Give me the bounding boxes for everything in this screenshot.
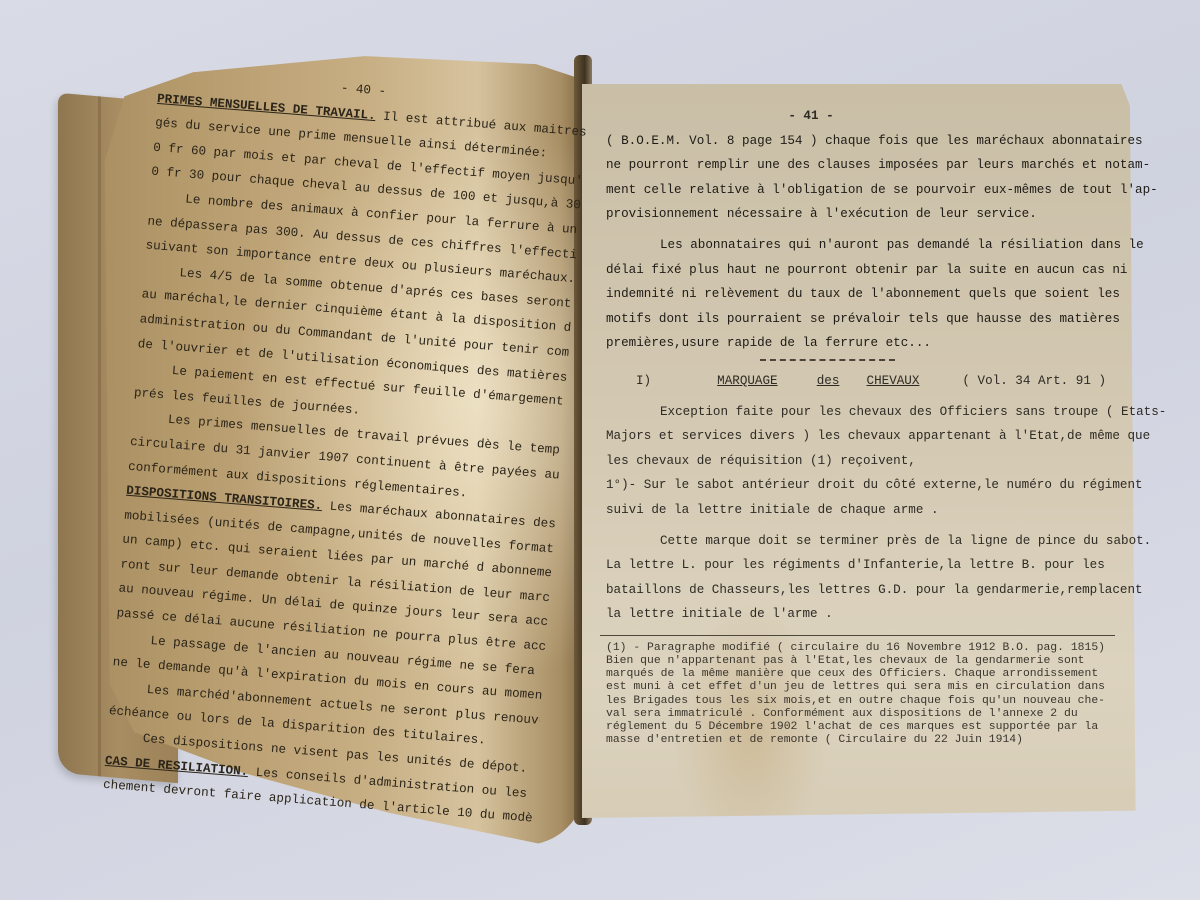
paragraph-abonnataires: Les abonnataires qui n'auront pas demand… — [606, 233, 1106, 356]
footnote-line: réglement du 5 Décembre 1902 l'achat de … — [606, 721, 1106, 734]
text-line: Les abonnataires qui n'auront pas demand… — [606, 233, 1106, 258]
paragraph-boem: ( B.O.E.M. Vol. 8 page 154 ) chaque fois… — [606, 129, 1106, 227]
text-line: suivi de la lettre initiale de chaque ar… — [606, 498, 1106, 523]
text-line: 1°)- Sur le sabot antérieur droit du côt… — [606, 473, 1106, 498]
section-number: I) — [636, 369, 717, 394]
text-line: ( B.O.E.M. Vol. 8 page 154 ) chaque fois… — [606, 129, 1106, 154]
text-line: Exception faite pour les chevaux des Off… — [606, 400, 1106, 425]
footnote-line: marqués de la même manière que ceux des … — [606, 668, 1106, 681]
text-line: La lettre L. pour les régiments d'Infant… — [606, 553, 1106, 578]
text-line: bataillons de Chasseurs,les lettres G.D.… — [606, 578, 1106, 603]
footnote-rule — [600, 635, 1115, 636]
section-word-des: des — [817, 369, 867, 394]
footnote: (1) - Paragraphe modifié ( circulaire du… — [606, 642, 1106, 748]
text-line: la lettre initiale de l'arme . — [606, 602, 1106, 627]
page-number-right: - 41 - — [516, 104, 1106, 129]
section-reference: ( Vol. 34 Art. 91 ) — [962, 369, 1106, 394]
right-page-text: - 41 - ( B.O.E.M. Vol. 8 page 154 ) chaq… — [606, 104, 1106, 748]
footnote-line: (1) - Paragraphe modifié ( circulaire du… — [606, 642, 1106, 655]
text-line: les chevaux de réquisition (1) reçoivent… — [606, 449, 1106, 474]
footnote-line: est muni à cet effet d'un jeu de lettres… — [606, 681, 1106, 694]
text-line: provisionnement nécessaire à l'exécution… — [606, 202, 1106, 227]
left-page-lines: PRIMES MENSUELLES DE TRAVAIL. Il est att… — [102, 87, 587, 832]
photo-scene: - 40 - PRIMES MENSUELLES DE TRAVAIL. Il … — [0, 0, 1200, 900]
text-line: indemnité ni relèvement du taux de l'abo… — [606, 282, 1106, 307]
section-heading-marquage: I) MARQUAGE des CHEVAUX ( Vol. 34 Art. 9… — [606, 369, 1106, 394]
text-line: Cette marque doit se terminer près de la… — [606, 529, 1106, 554]
footnote-line: val sera immatriculé . Conformément aux … — [606, 708, 1106, 721]
left-page-text: - 40 - PRIMES MENSUELLES DE TRAVAIL. Il … — [102, 62, 589, 831]
paragraph-exception: Exception faite pour les chevaux des Off… — [606, 400, 1106, 523]
text-line: Majors et services divers ) les chevaux … — [606, 424, 1106, 449]
paragraph-marque: Cette marque doit se terminer près de la… — [606, 529, 1106, 627]
section-word-marquage: MARQUAGE — [717, 369, 817, 394]
footnote-line: masse d'entretien et de remonte ( Circul… — [606, 734, 1106, 747]
text-line: premières,usure rapide de la ferrure etc… — [606, 331, 1106, 356]
dashed-separator — [760, 359, 895, 369]
text-line: délai fixé plus haut ne pourront obtenir… — [606, 258, 1106, 283]
text-line: ment celle relative à l'obligation de se… — [606, 178, 1106, 203]
text-line: motifs dont ils pourraient se prévaloir … — [606, 307, 1106, 332]
section-word-chevaux: CHEVAUX — [867, 369, 963, 394]
text-line: ne pourront remplir une des clauses impo… — [606, 153, 1106, 178]
footnote-line: les Brigades tous les six mois,et en out… — [606, 695, 1106, 708]
footnote-line: Bien que n'appartenant pas à l'Etat,les … — [606, 655, 1106, 668]
